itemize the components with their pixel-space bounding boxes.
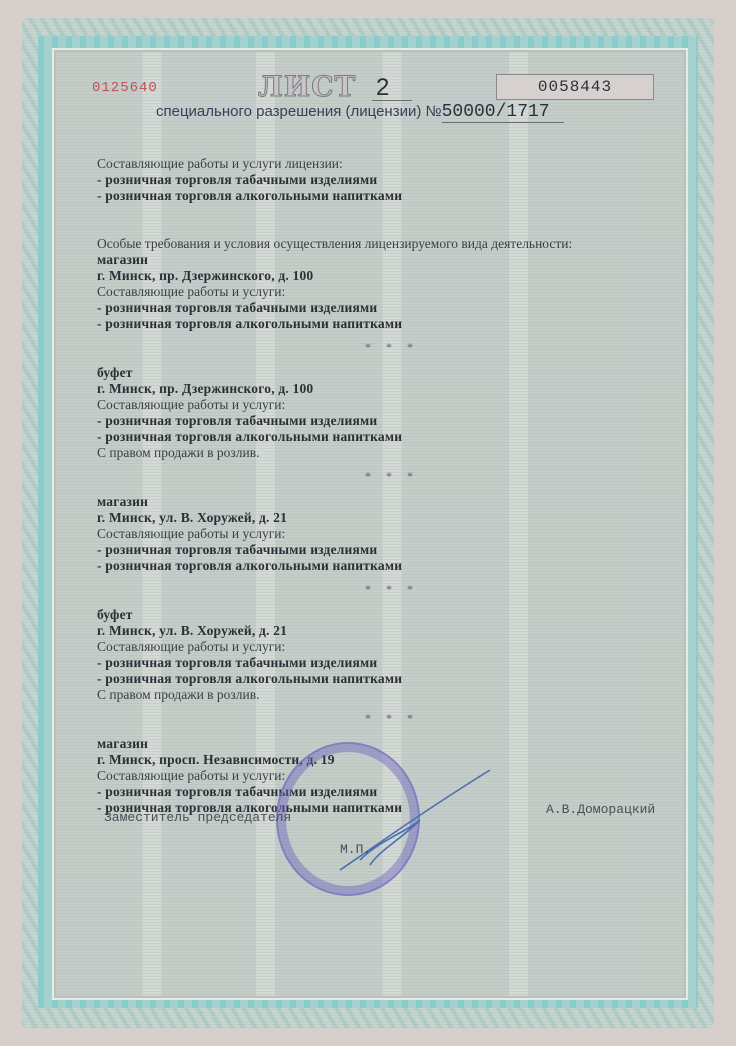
sheet-number: 2 <box>372 76 412 101</box>
document-body: Составляющие работы и услуги лицензии: -… <box>97 156 657 816</box>
location-type: буфет <box>97 365 657 381</box>
service-item: - розничная торговля табачными изделиями <box>97 413 657 429</box>
location-type: магазин <box>97 494 657 510</box>
signature-stroke <box>300 770 500 880</box>
location-address: г. Минск, ул. В. Хоружей, д. 21 <box>97 623 657 639</box>
license-caption: специального разрешения (лицензии) № <box>156 103 442 120</box>
location-address: г. Минск, пр. Дзержинского, д. 100 <box>97 381 657 397</box>
services-heading: Составляющие работы и услуги: <box>97 397 657 413</box>
service-item: - розничная торговля табачными изделиями <box>97 300 657 316</box>
services-heading: Составляющие работы и услуги: <box>97 526 657 542</box>
location-block: буфетг. Минск, пр. Дзержинского, д. 100С… <box>97 365 657 461</box>
separator: * * * <box>97 710 657 726</box>
location-note: С правом продажи в розлив. <box>97 445 657 461</box>
service-item: - розничная торговля алкогольными напитк… <box>97 558 657 574</box>
location-block: магазинг. Минск, ул. В. Хоружей, д. 21Со… <box>97 494 657 574</box>
service-item: - розничная торговля табачными изделиями <box>97 542 657 558</box>
services-heading: Составляющие работы и услуги: <box>97 284 657 300</box>
location-note: С правом продажи в розлив. <box>97 687 657 703</box>
location-type: магазин <box>97 252 657 268</box>
seal-mark: М.П. <box>340 842 371 857</box>
locations-list: магазинг. Минск, пр. Дзержинского, д. 10… <box>97 252 657 816</box>
location-block: магазинг. Минск, пр. Дзержинского, д. 10… <box>97 252 657 332</box>
serial-number: 0125640 <box>92 80 158 96</box>
separator: * * * <box>97 468 657 484</box>
license-line: специального разрешения (лицензии) №5000… <box>156 102 564 122</box>
service-item: - розничная торговля алкогольными напитк… <box>97 316 657 332</box>
intro-item: - розничная торговля табачными изделиями <box>97 172 657 188</box>
service-item: - розничная торговля алкогольными напитк… <box>97 671 657 687</box>
service-item: - розничная торговля табачными изделиями <box>97 655 657 671</box>
intro-item: - розничная торговля алкогольными напитк… <box>97 188 657 204</box>
license-number: 50000/1717 <box>442 102 564 123</box>
location-block: буфетг. Минск, ул. В. Хоружей, д. 21Сост… <box>97 607 657 703</box>
services-heading: Составляющие работы и услуги: <box>97 639 657 655</box>
separator: * * * <box>97 581 657 597</box>
intro-heading: Составляющие работы и услуги лицензии: <box>97 156 657 172</box>
blank-number: 0058443 <box>496 74 654 100</box>
sheet-label: ЛИСТ <box>258 70 356 103</box>
location-address: г. Минск, пр. Дзержинского, д. 100 <box>97 268 657 284</box>
signatory-title: Заместитель председателя <box>104 810 291 825</box>
location-type: буфет <box>97 607 657 623</box>
separator: * * * <box>97 339 657 355</box>
signatory-name: А.В.Доморацкий <box>546 802 655 817</box>
service-item: - розничная торговля алкогольными напитк… <box>97 429 657 445</box>
conditions-heading: Особые требования и условия осуществлени… <box>97 236 657 252</box>
location-address: г. Минск, ул. В. Хоружей, д. 21 <box>97 510 657 526</box>
